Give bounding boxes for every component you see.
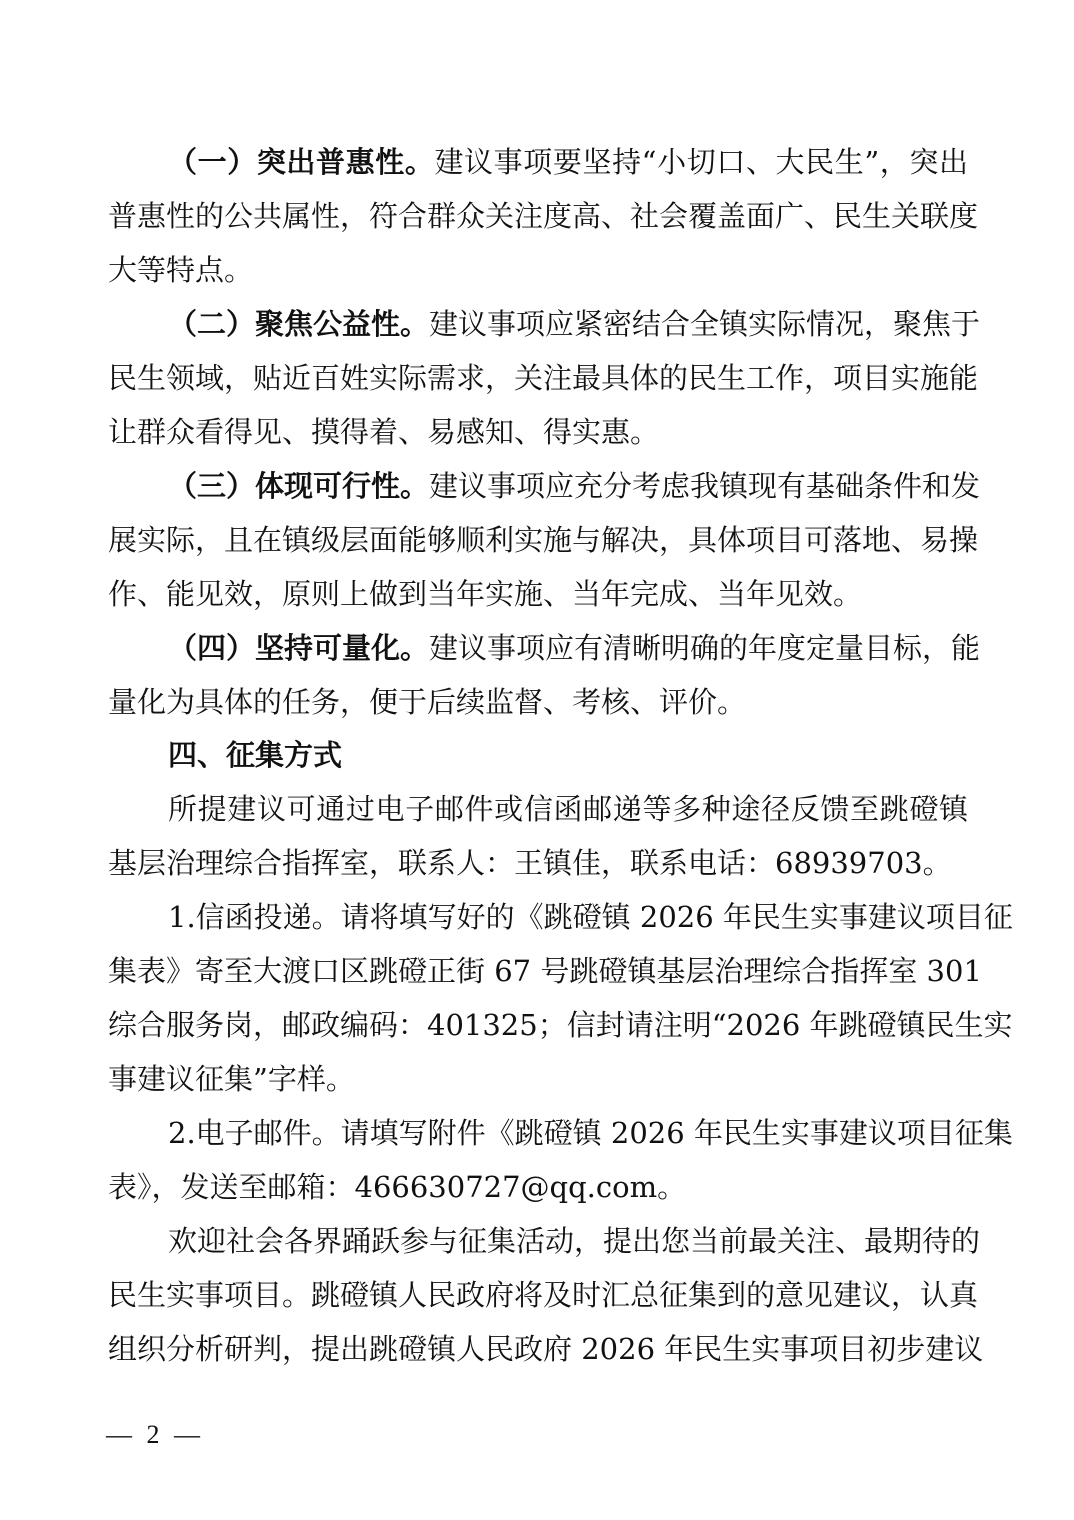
criterion-3-line-1: （三）体现可行性。建议事项应充分考虑我镇现有基础条件和发 (168, 466, 968, 506)
method-1-line-2: 集表》寄至大渡口区跳磴正街 67 号跳磴镇基层治理综合指挥室 301 (108, 951, 968, 991)
page-number: — 2 — (106, 1420, 204, 1450)
method-1-line-1: 1.信函投递。请将填写好的《跳磴镇 2026 年民生实事建议项目征 (168, 897, 968, 937)
criterion-2-line-3: 让群众看得见、摸得着、易感知、得实惠。 (108, 412, 968, 452)
section-heading-collection-methods: 四、征集方式 (168, 735, 968, 775)
criterion-1-lead: （一）突出普惠性。 (168, 145, 434, 179)
method-2-line-1: 2.电子邮件。请填写附件《跳磴镇 2026 年民生实事建议项目征集 (168, 1113, 968, 1153)
collection-intro-line-1: 所提建议可通过电子邮件或信函邮递等多种途径反馈至跳磴镇 (168, 789, 968, 829)
closing-line-3: 组织分析研判，提出跳磴镇人民政府 2026 年民生实事项目初步建议 (108, 1329, 968, 1369)
closing-line-2: 民生实事项目。跳磴镇人民政府将及时汇总征集到的意见建议，认真 (108, 1275, 968, 1315)
criterion-1-line-1: （一）突出普惠性。建议事项要坚持“小切口、大民生”，突出 (168, 142, 968, 182)
method-1-line-4: 事建议征集”字样。 (108, 1059, 968, 1099)
closing-line-1: 欢迎社会各界踊跃参与征集活动，提出您当前最关注、最期待的 (168, 1221, 968, 1261)
criterion-2-line-2: 民生领域，贴近百姓实际需求，关注最具体的民生工作，项目实施能 (108, 358, 968, 398)
criterion-3-lead: （三）体现可行性。 (168, 469, 429, 503)
criterion-3-line-3: 作、能见效，原则上做到当年实施、当年完成、当年见效。 (108, 574, 968, 614)
criterion-4-line-1: （四）坚持可量化。建议事项应有清晰明确的年度定量目标，能 (168, 628, 968, 668)
criterion-2-line-1: （二）聚焦公益性。建议事项应紧密结合全镇实际情况，聚焦于 (168, 304, 968, 344)
document-page: （一）突出普惠性。建议事项要坚持“小切口、大民生”，突出 普惠性的公共属性，符合… (0, 0, 1074, 1520)
method-1-line-3: 综合服务岗，邮政编码：401325；信封请注明“2026 年跳磴镇民生实 (108, 1005, 968, 1045)
criterion-4-line-2: 量化为具体的任务，便于后续监督、考核、评价。 (108, 682, 968, 722)
criterion-1-line-2: 普惠性的公共属性，符合群众关注度高、社会覆盖面广、民生关联度 (108, 196, 968, 236)
criterion-1-line-3: 大等特点。 (108, 250, 968, 290)
collection-intro-line-2: 基层治理综合指挥室，联系人：王镇佳，联系电话：68939703。 (108, 843, 968, 883)
criterion-4-lead: （四）坚持可量化。 (168, 631, 429, 665)
criterion-2-lead: （二）聚焦公益性。 (168, 307, 429, 341)
criterion-3-line-2: 展实际，且在镇级层面能够顺利实施与解决，具体项目可落地、易操 (108, 520, 968, 560)
method-2-line-2: 表》，发送至邮箱：466630727@qq.com。 (108, 1167, 968, 1207)
